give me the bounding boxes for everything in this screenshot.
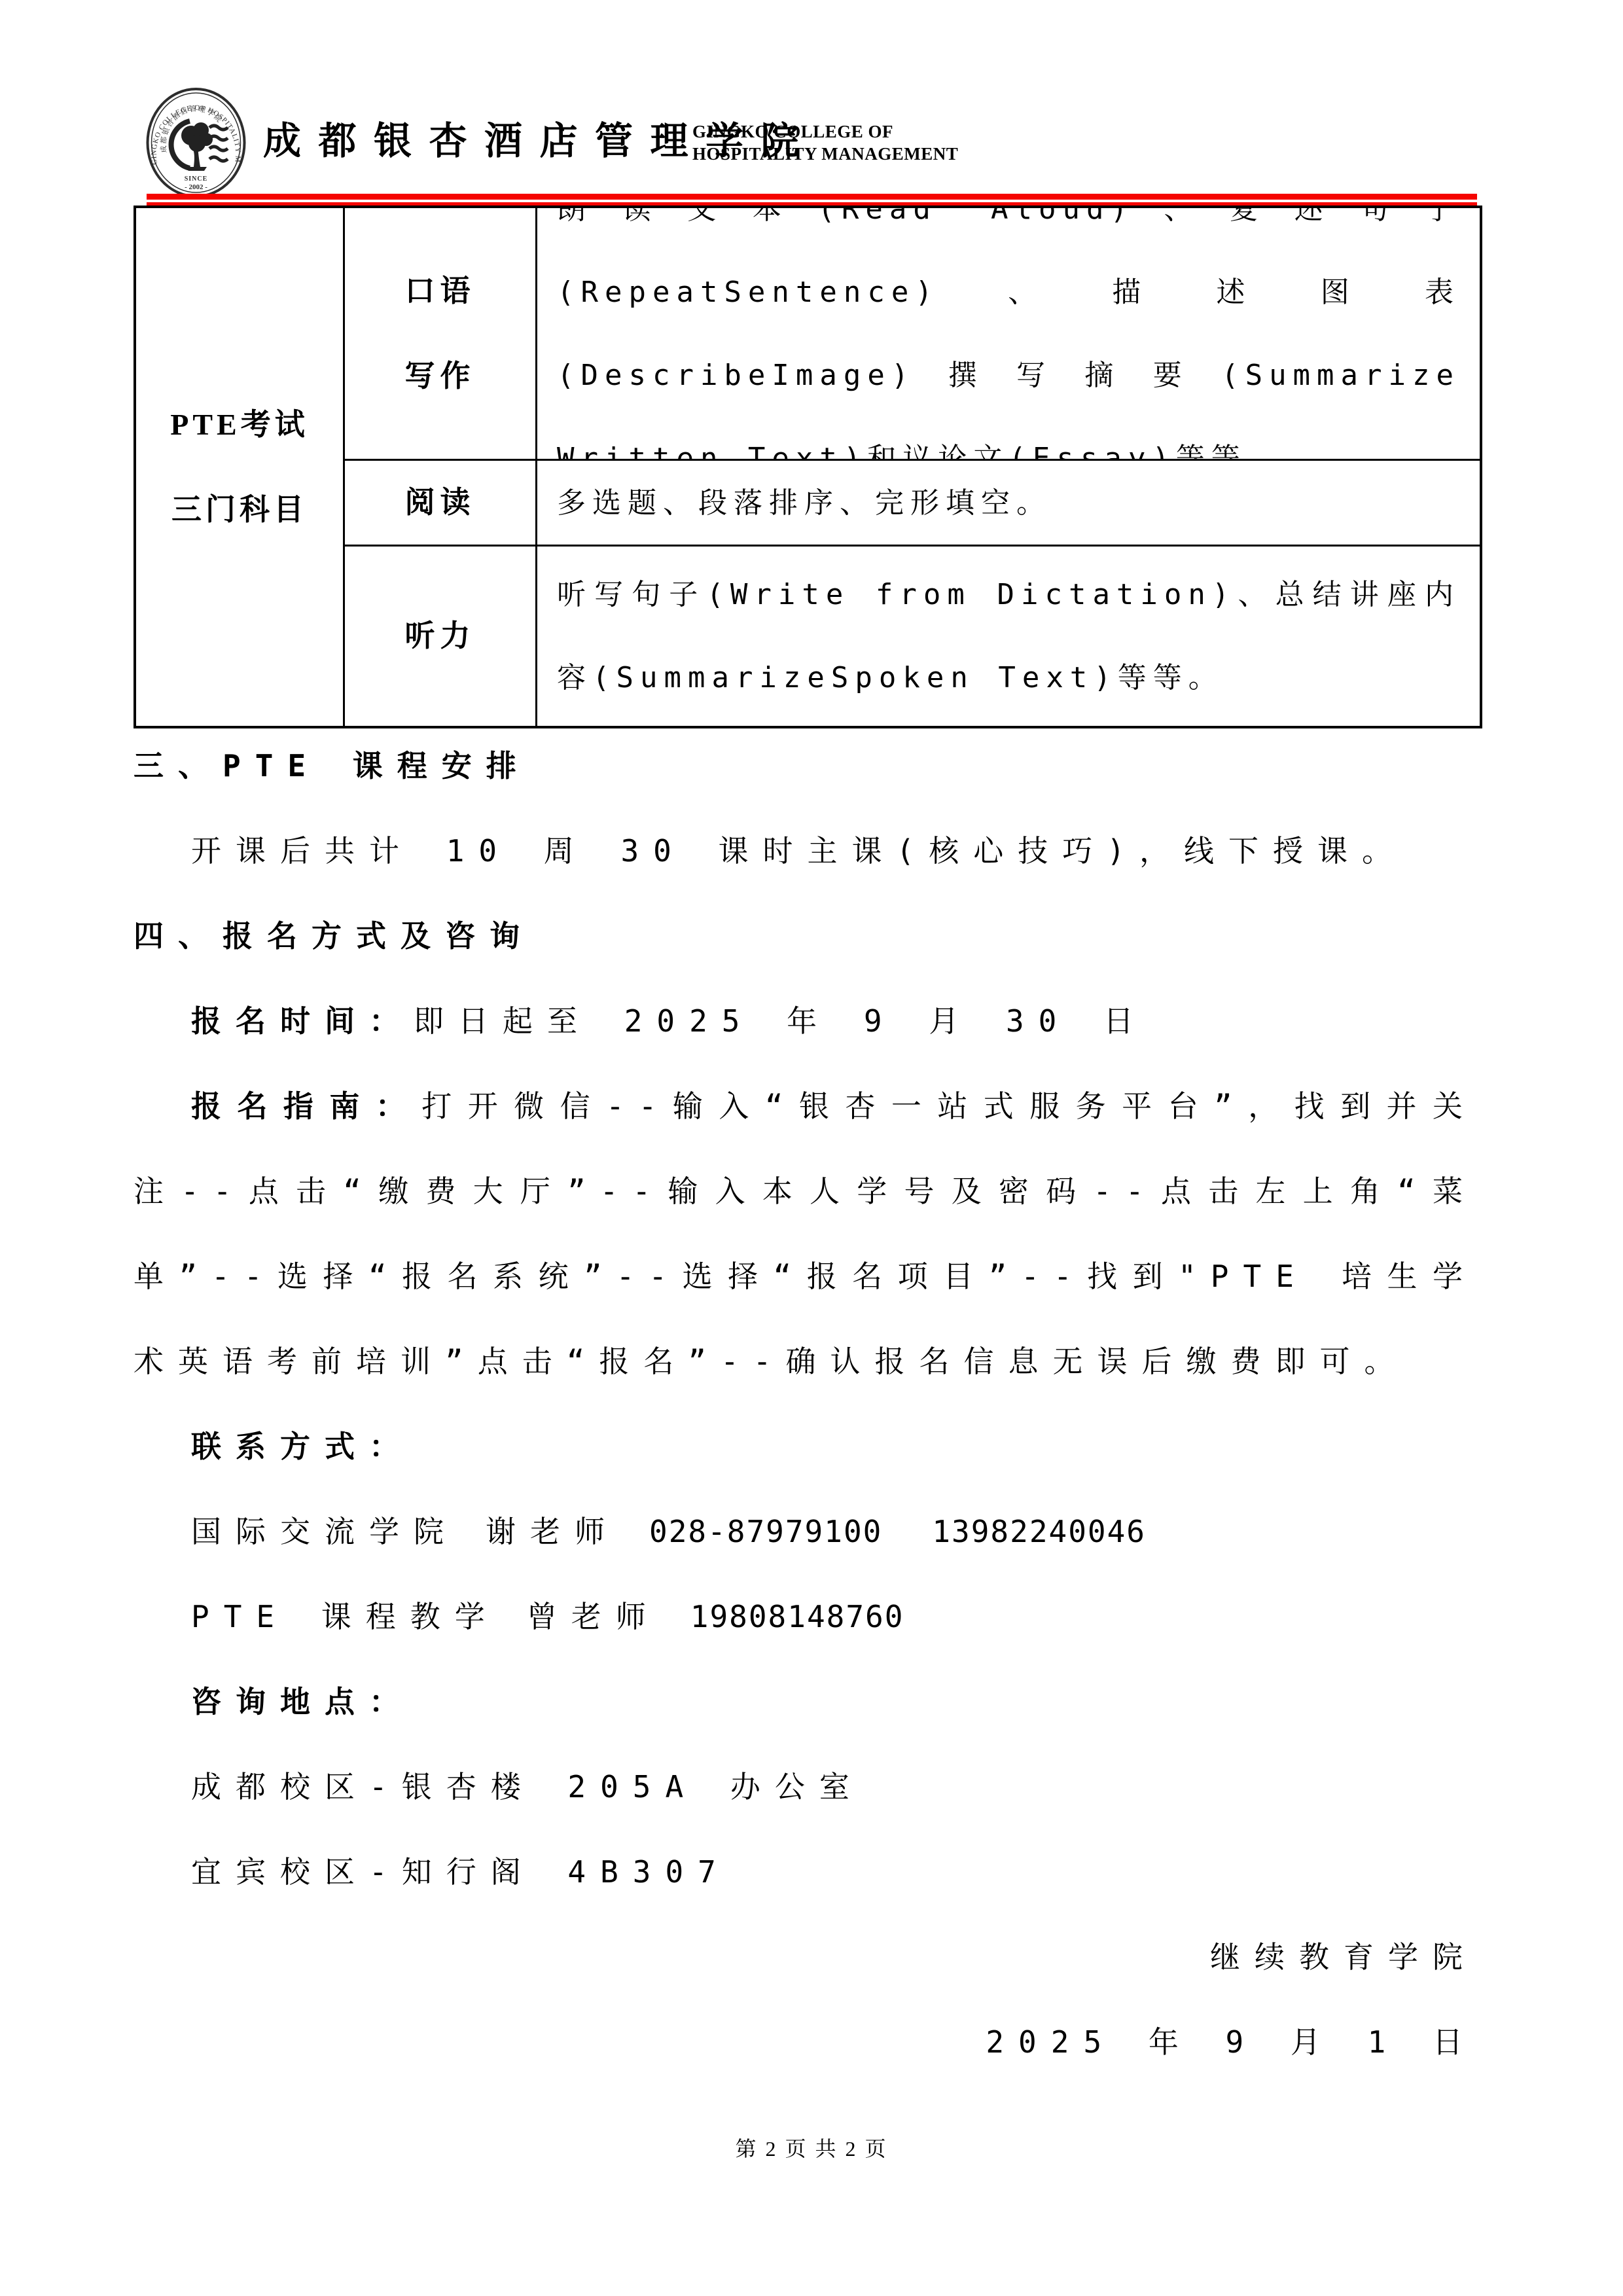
contact-teacher: 曾老师 xyxy=(527,1599,660,1634)
skill-speaking-label: 口语 xyxy=(405,249,476,334)
page-number-footer: 第 2 页 共 2 页 xyxy=(0,2132,1623,2162)
skill-listening-label: 听力 xyxy=(405,594,476,679)
contact-line-pte-teaching: PTE 课程教学曾老师19808148760 xyxy=(134,1574,1477,1659)
listening-description: 听写句子(Write from Dictation)、总结讲座内容(Summar… xyxy=(537,553,1480,719)
contact-phone-landline: 028-87979100 xyxy=(649,1514,882,1549)
contact-line-international: 国际交流学院谢老师028-8797910013982240046 xyxy=(134,1489,1477,1574)
desc-cell-reading: 多选题、段落排序、完形填空。 xyxy=(535,459,1480,545)
location-heading: 咨询地点： xyxy=(134,1659,1477,1744)
contact-heading: 联系方式： xyxy=(134,1404,1477,1489)
signature-date: 2025 年 9 月 1 日 xyxy=(134,2000,1477,2085)
location-chengdu-campus: 成都校区-银杏楼 205A 办公室 xyxy=(134,1744,1477,1829)
document-page: GINGKO COLLEGE OF HOSPITALITY MANAGEMENT… xyxy=(0,0,1623,2296)
school-name-english: GINGKO COLLEGE OF HOSPITALITY MANAGEMENT xyxy=(692,120,958,165)
section4-heading: 四、报名方式及咨询 xyxy=(134,893,1477,978)
skill-reading-label: 阅读 xyxy=(405,460,476,545)
contact-org: PTE 课程教学 xyxy=(191,1599,499,1634)
red-rule-thick xyxy=(147,194,1477,200)
signature-organization: 继续教育学院 xyxy=(134,1914,1477,2000)
subject-line2: 三门科目 xyxy=(171,467,308,552)
section3-body: 开课后共计 10 周 30 课时主课(核心技巧)，线下授课。 xyxy=(134,808,1477,893)
skill-cell-speaking-writing: 口语 写作 xyxy=(343,208,535,459)
contact-phone-mobile: 19808148760 xyxy=(690,1599,904,1634)
reading-description: 多选题、段落排序、完形填空。 xyxy=(537,461,1480,545)
signup-guide-label: 报名指南： xyxy=(191,1088,421,1124)
signup-guide-paragraph: 报名指南：打开微信--输入“银杏一站式服务平台”，找到并关注--点击“缴费大厅”… xyxy=(134,1064,1477,1404)
seal-since-year: - 2002 - xyxy=(185,183,207,191)
skill-cell-reading: 阅读 xyxy=(343,459,535,545)
signup-time-line: 报名时间：即日起至 2025 年 9 月 30 日 xyxy=(134,978,1477,1064)
contact-phone-mobile: 13982240046 xyxy=(932,1514,1146,1549)
signup-time-label: 报名时间： xyxy=(191,1003,414,1039)
document-body: 三、PTE 课程安排 开课后共计 10 周 30 课时主课(核心技巧)，线下授课… xyxy=(134,723,1477,2085)
seal-tree-emblem xyxy=(171,121,228,171)
section3-heading: 三、PTE 课程安排 xyxy=(134,723,1477,808)
school-name-english-line2: HOSPITALITY MANAGEMENT xyxy=(692,143,958,165)
seal-since-label: SINCE xyxy=(185,175,208,183)
subject-line1: PTE考试 xyxy=(170,382,308,467)
desc-cell-listening: 听写句子(Write from Dictation)、总结讲座内容(Summar… xyxy=(535,545,1480,726)
signup-time-value: 即日起至 2025 年 9 月 30 日 xyxy=(414,1003,1148,1039)
signup-guide-value: 打开微信--输入“银杏一站式服务平台”，找到并关注--点击“缴费大厅”--输入本… xyxy=(134,1088,1477,1379)
contact-org: 国际交流学院 xyxy=(191,1514,458,1549)
school-name-english-line1: GINGKO COLLEGE OF xyxy=(692,120,958,143)
table-subject-cell: PTE考试 三门科目 xyxy=(136,208,343,726)
page-number-text: 第 2 页 共 2 页 xyxy=(735,2137,887,2161)
skill-cell-listening: 听力 xyxy=(343,545,535,726)
speaking-writing-description: 朗读文本(Read Aloud)、复述句子(RepeatSentence)、描述… xyxy=(537,208,1480,459)
header-divider-rule xyxy=(147,194,1477,206)
location-yibin-campus: 宜宾校区-知行阁 4B307 xyxy=(134,1829,1477,1914)
college-seal-logo: GINGKO COLLEGE OF HOSPITALITY MANAGEMENT… xyxy=(145,87,247,198)
contact-teacher: 谢老师 xyxy=(486,1514,619,1549)
skill-writing-label: 写作 xyxy=(405,334,476,419)
pte-subjects-table: PTE考试 三门科目 口语 写作 朗读文本(Read Aloud)、复述句子(R… xyxy=(134,206,1482,728)
desc-cell-speaking-writing: 朗读文本(Read Aloud)、复述句子(RepeatSentence)、描述… xyxy=(535,208,1480,459)
